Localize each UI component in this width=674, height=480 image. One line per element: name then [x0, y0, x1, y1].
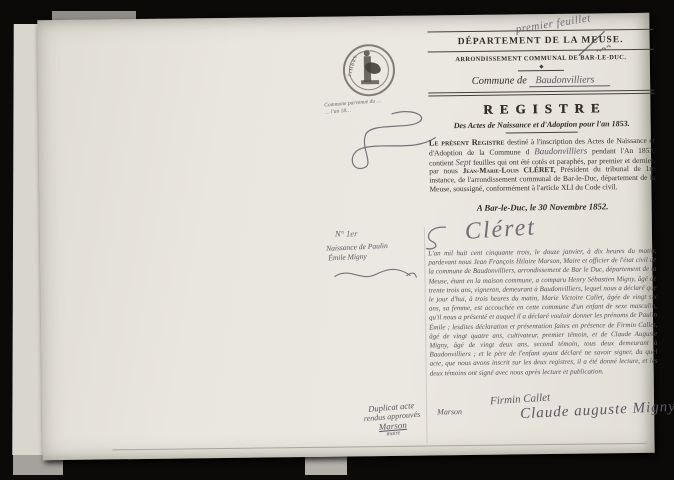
register-subtitle: Des Actes de Naissance et d'Adoption pou… — [429, 119, 655, 131]
divider — [506, 132, 578, 134]
dateline: A Bar-le-Duc, le 30 Novembre 1852. — [430, 201, 656, 214]
department-title: DÉPARTEMENT DE LA MEUSE. — [428, 32, 654, 50]
commune-label: Commune de — [472, 75, 527, 87]
register-declaration: Le présent Registre destiné à l'inscript… — [429, 137, 656, 195]
scanned-register-page: premier feuillet DÉPARTEMENT DE LA MEUSE… — [0, 0, 674, 480]
commune-value-handwritten: Baudonvilliers — [534, 145, 587, 156]
page-bottom-edge — [113, 443, 648, 451]
signature-flourish-icon — [422, 223, 454, 251]
revenue-stamp-icon: TIMBRE — [341, 40, 398, 103]
commune-name-handwritten: Baudonvilliers — [529, 74, 610, 87]
margin-approval-note: Duplicat acte rendus approuvés Marson ma… — [341, 398, 444, 441]
register-title: REGISTRE — [428, 100, 654, 119]
divider — [518, 70, 564, 72]
register-page: premier feuillet DÉPARTEMENT DE LA MEUSE… — [37, 13, 654, 460]
double-divider — [428, 90, 654, 97]
act-body-handwritten: L'an mil huit cent cinquante trois, le d… — [428, 247, 658, 404]
act-margin-title-line2: Émile Migny — [328, 252, 367, 263]
paraph-flourish-icon — [331, 107, 444, 174]
president-signature: Cléret — [464, 214, 537, 246]
commune-line: Commune de Baudonvilliers — [428, 74, 654, 88]
ornament — [539, 64, 543, 68]
margin-flourish-icon — [330, 264, 422, 291]
printed-header-block: DÉPARTEMENT DE LA MEUSE. ARRONDISSEMENT … — [427, 27, 655, 214]
act-margin-number: N° 1er — [335, 228, 358, 238]
